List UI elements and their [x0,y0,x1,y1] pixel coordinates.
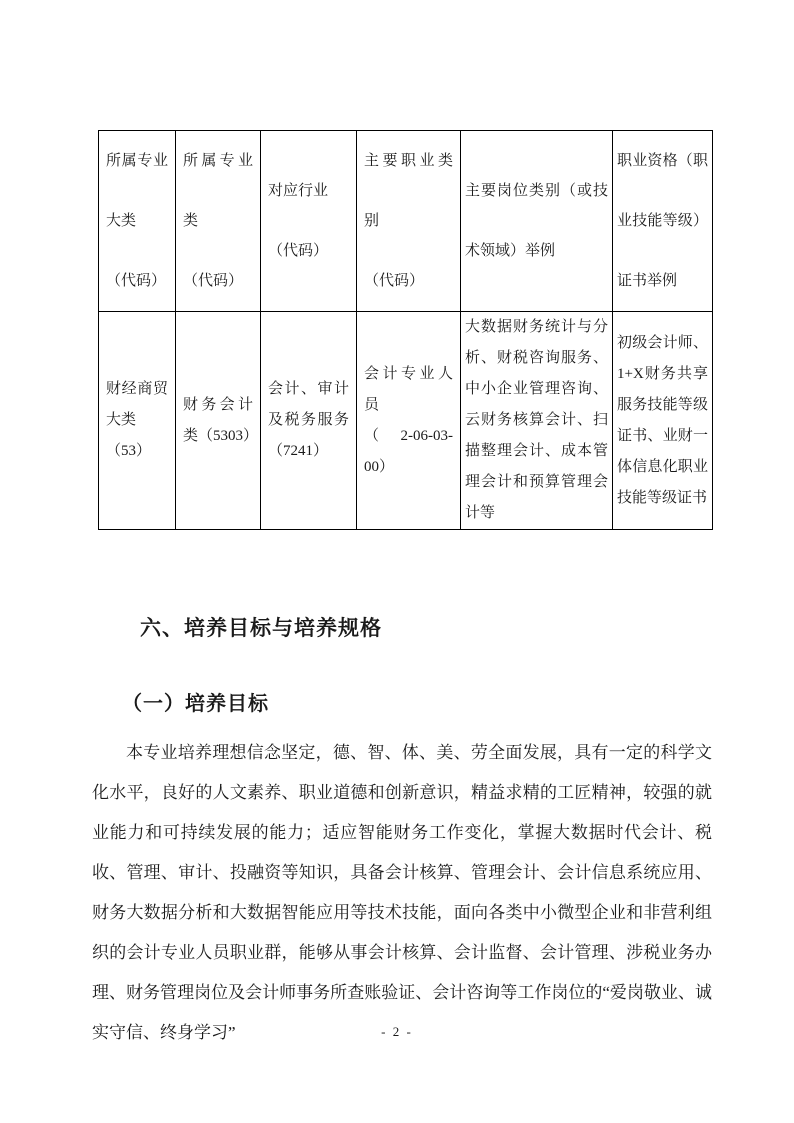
cell-text: 会计专业人员 [364,359,453,421]
table-header-cell: 主要职业类别 （代码） [357,131,461,312]
header-label: 对应行业 [268,161,349,221]
table-data-cell: 财务会计类（5303） [176,312,261,530]
cell-text: 财务会计类（5303） [183,390,253,452]
body-paragraph: 本专业培养理想信念坚定，德、智、体、美、劳全面发展，具有一定的科学文化水平，良好… [92,733,712,1053]
header-code: （代码） [268,221,349,281]
cell-text: 财经商贸大类 [106,374,168,436]
cell-code: （53） [106,436,168,467]
table-data-cell: 会计专业人员 （2-06-03-00） [357,312,461,530]
table-header-cell: 对应行业 （代码） [261,131,357,312]
cell-text: 初级会计师、1+X财务共享服务技能等级证书、业财一体信息化职业技能等级证书 [617,328,708,514]
table-header-row: 所属专业大类 （代码） 所属专业类 （代码） 对应行业 （代码） 主要职业类别 … [99,131,713,312]
header-label: 主要职业类别 [364,131,453,251]
table-header-cell: 职业资格（职业技能等级）证书举例 [613,131,713,312]
cell-text: 大数据财务统计与分析、财税咨询服务、中小企业管理咨询、云财务核算会计、扫描整理会… [465,312,608,529]
table-data-cell: 会计、审计及税务服务（7241） [261,312,357,530]
table-data-cell: 大数据财务统计与分析、财税咨询服务、中小企业管理咨询、云财务核算会计、扫描整理会… [461,312,613,530]
table-data-cell: 财经商贸大类 （53） [99,312,176,530]
header-label: 主要岗位类别（或技术领域）举例 [465,161,608,281]
subsection-heading: （一）培养目标 [122,687,269,716]
header-label: 所属专业类 [183,131,253,251]
section-heading: 六、培养目标与培养规格 [140,612,382,642]
table-header-cell: 所属专业类 （代码） [176,131,261,312]
table-header-cell: 所属专业大类 （代码） [99,131,176,312]
header-label: 职业资格（职业技能等级）证书举例 [617,131,708,311]
profession-mapping-table: 所属专业大类 （代码） 所属专业类 （代码） 对应行业 （代码） 主要职业类别 … [98,130,713,530]
header-label: 所属专业大类 [106,131,168,251]
cell-code: （2-06-03-00） [364,421,453,483]
header-code: （代码） [364,251,453,311]
document-page: 所属专业大类 （代码） 所属专业类 （代码） 对应行业 （代码） 主要职业类别 … [0,0,794,1123]
page-number: - 2 - [0,1024,794,1040]
cell-text: 会计、审计及税务服务（7241） [268,374,349,467]
header-code: （代码） [183,251,253,311]
table-data-row: 财经商贸大类 （53） 财务会计类（5303） 会计、审计及税务服务（7241）… [99,312,713,530]
table-header-cell: 主要岗位类别（或技术领域）举例 [461,131,613,312]
table-data-cell: 初级会计师、1+X财务共享服务技能等级证书、业财一体信息化职业技能等级证书 [613,312,713,530]
header-code: （代码） [106,251,168,311]
